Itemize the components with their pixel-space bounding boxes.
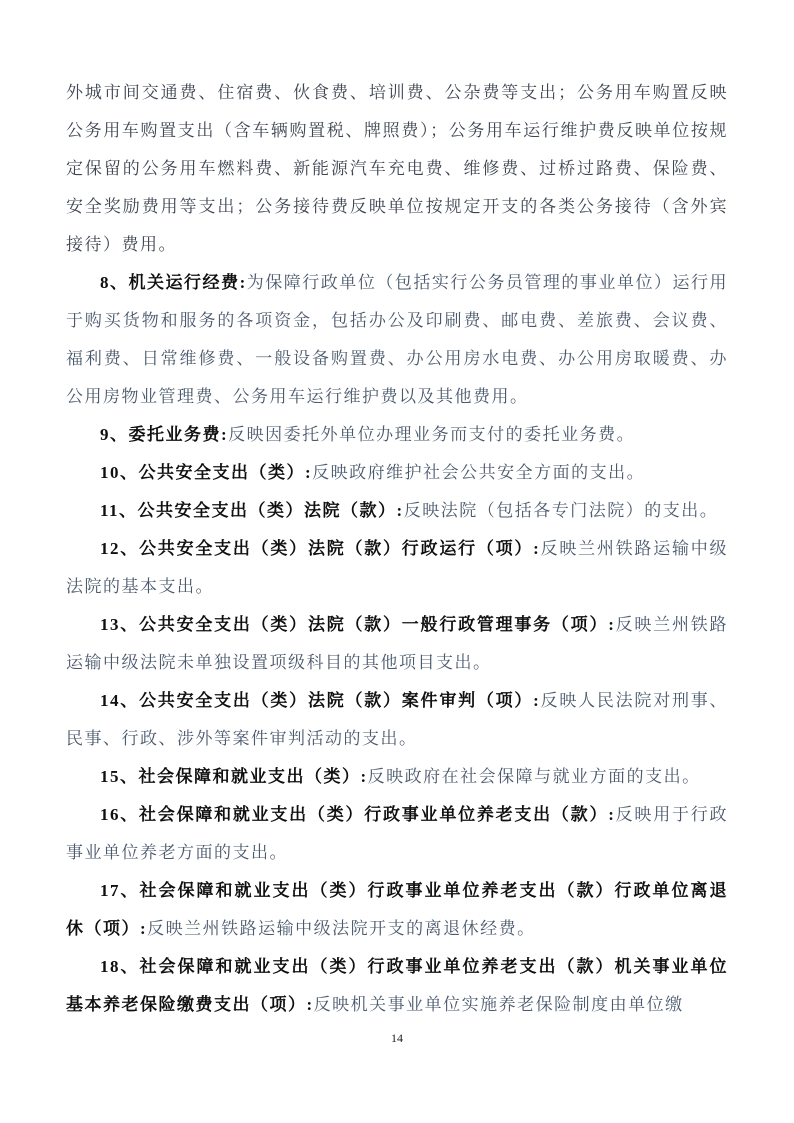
- paragraph-item-9: 9、委托业务费:反映因委托外单位办理业务而支付的委托业务费。: [66, 416, 728, 454]
- document-body: 外城市间交通费、住宿费、伙食费、培训费、公杂费等支出；公务用车购置反映公务用车购…: [66, 74, 728, 1024]
- paragraph-item-8: 8、机关运行经费:为保障行政单位（包括实行公务员管理的事业单位）运行用于购买货物…: [66, 264, 728, 416]
- item-heading: 10、公共安全支出（类）:: [100, 463, 312, 482]
- paragraph-item-18: 18、社会保障和就业支出（类）行政事业单位养老支出（款）机关事业单位基本养老保险…: [66, 948, 728, 1024]
- page-number: 14: [0, 1028, 794, 1048]
- item-heading: 15、社会保障和就业支出（类）:: [100, 767, 368, 786]
- document-page: 外城市间交通费、住宿费、伙食费、培训费、公杂费等支出；公务用车购置反映公务用车购…: [0, 0, 794, 1123]
- item-description: 反映兰州铁路运输中级法院开支的离退休经费。: [147, 919, 536, 938]
- item-description: 反映政府在社会保障与就业方面的支出。: [368, 767, 701, 786]
- item-heading: 9、委托业务费:: [100, 425, 228, 444]
- item-heading: 16、社会保障和就业支出（类）行政事业单位养老支出（款）:: [100, 805, 615, 824]
- item-heading: 12、公共安全支出（类）法院（款）行政运行（项）:: [100, 539, 540, 558]
- item-description: 反映因委托外单位办理业务而支付的委托业务费。: [228, 425, 635, 444]
- paragraph-item-13: 13、公共安全支出（类）法院（款）一般行政管理事务（项）:反映兰州铁路运输中级法…: [66, 606, 728, 682]
- paragraph-item-12: 12、公共安全支出（类）法院（款）行政运行（项）:反映兰州铁路运输中级法院的基本…: [66, 530, 728, 606]
- item-description: 反映机关事业单位实施养老保险制度由单位缴: [314, 995, 684, 1014]
- item-description: 为保障行政单位（包括实行公务员管理的事业单位）运行用于购买货物和服务的各项资金，…: [66, 273, 728, 406]
- item-description: 外城市间交通费、住宿费、伙食费、培训费、公杂费等支出；公务用车购置反映公务用车购…: [66, 83, 728, 254]
- paragraph-item-16: 16、社会保障和就业支出（类）行政事业单位养老支出（款）:反映用于行政事业单位养…: [66, 796, 728, 872]
- paragraph-item-10: 10、公共安全支出（类）:反映政府维护社会公共安全方面的支出。: [66, 454, 728, 492]
- paragraph-item-14: 14、公共安全支出（类）法院（款）案件审判（项）:反映人民法院对刑事、民事、行政…: [66, 682, 728, 758]
- item-heading: 14、公共安全支出（类）法院（款）案件审判（项）:: [100, 691, 540, 710]
- paragraph-item-15: 15、社会保障和就业支出（类）:反映政府在社会保障与就业方面的支出。: [66, 758, 728, 796]
- item-heading: 11、公共安全支出（类）法院（款）:: [100, 501, 404, 520]
- paragraph-item-17: 17、社会保障和就业支出（类）行政事业单位养老支出（款）行政单位离退休（项）:反…: [66, 872, 728, 948]
- paragraph-continuation: 外城市间交通费、住宿费、伙食费、培训费、公杂费等支出；公务用车购置反映公务用车购…: [66, 74, 728, 264]
- item-heading: 8、机关运行经费:: [100, 273, 247, 292]
- paragraph-item-11: 11、公共安全支出（类）法院（款）:反映法院（包括各专门法院）的支出。: [66, 492, 728, 530]
- item-description: 反映政府维护社会公共安全方面的支出。: [312, 463, 645, 482]
- item-heading: 13、公共安全支出（类）法院（款）一般行政管理事务（项）:: [100, 615, 615, 634]
- item-description: 反映法院（包括各专门法院）的支出。: [404, 501, 719, 520]
